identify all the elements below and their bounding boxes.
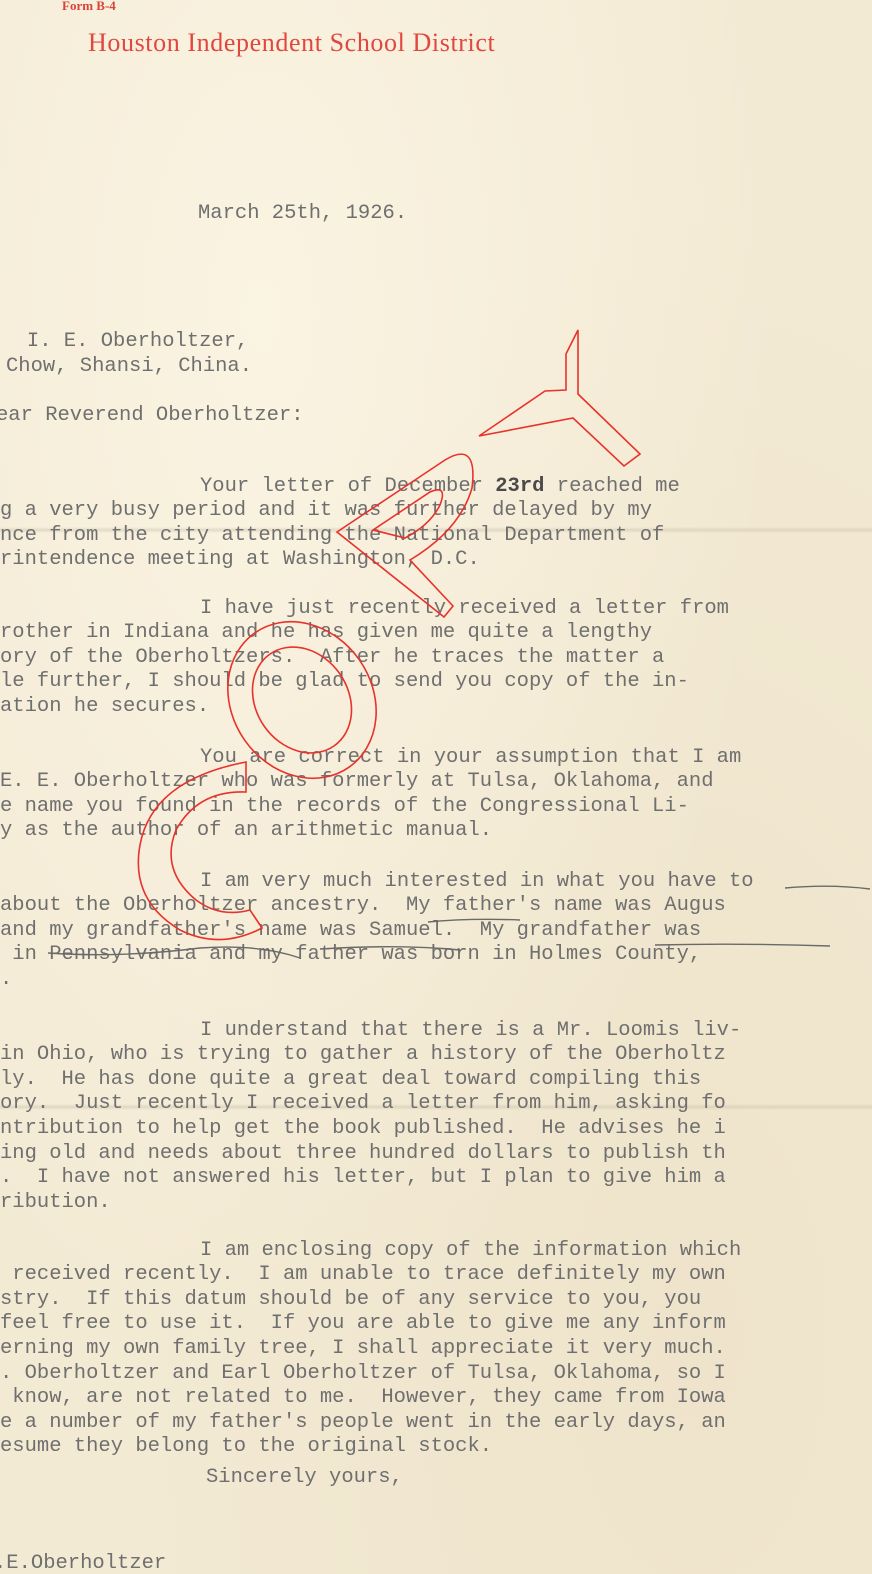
salutation: ear Reverend Oberholtzer:	[0, 404, 304, 429]
recipient-line-1: I. E. Oberholtzer,	[0, 330, 248, 355]
paragraph-line: stry. If this datum should be of any ser…	[0, 1288, 741, 1313]
signature: .E.Oberholtzer	[0, 1552, 166, 1574]
form-number: Form B-4	[62, 0, 116, 14]
paragraph-line: g a very busy period and it was further …	[0, 499, 680, 524]
paragraph-line: .	[0, 968, 754, 993]
paragraph-line: rintendence meeting at Washington, D.C.	[0, 548, 680, 573]
letter-date: March 25th, 1926.	[198, 202, 407, 227]
letterhead-organization: Houston Independent School District	[88, 28, 495, 58]
paragraph-line: ly. He has done quite a great deal towar…	[0, 1068, 741, 1093]
paragraph-line: I understand that there is a Mr. Loomis …	[0, 1019, 741, 1044]
paragraph-line: E. E. Oberholtzer who was formerly at Tu…	[0, 770, 741, 795]
paragraph-line: and my grandfather's name was Samuel. My…	[0, 919, 754, 944]
paragraph-line: about the Oberholtzer ancestry. My fathe…	[0, 894, 754, 919]
paragraph-line: ribution.	[0, 1191, 741, 1216]
paragraph-line: know, are not related to me. However, th…	[0, 1386, 741, 1411]
paragraph-line: I am very much interested in what you ha…	[0, 870, 754, 895]
paragraph-line: y as the author of an arithmetic manual.	[0, 819, 741, 844]
paragraph-line: . Oberholtzer and Earl Oberholtzer of Tu…	[0, 1362, 741, 1387]
paragraph-line: ing old and needs about three hundred do…	[0, 1142, 741, 1167]
letter-page: Form B-4 Houston Independent School Dist…	[0, 0, 872, 1574]
paragraph-line: ation he secures.	[0, 695, 729, 720]
paragraph-line: received recently. I am unable to trace …	[0, 1263, 741, 1288]
paragraph-line: le further, I should be glad to send you…	[0, 670, 729, 695]
paragraph-line: in Pennsylvania and my father was born i…	[0, 943, 754, 968]
paragraph-line: erning my own family tree, I shall appre…	[0, 1337, 741, 1362]
paragraph-line: e a number of my father's people went in…	[0, 1411, 741, 1436]
paragraph-line: I have just recently received a letter f…	[0, 597, 729, 622]
closing: Sincerely yours,	[206, 1466, 403, 1491]
paragraph-line: I am enclosing copy of the information w…	[0, 1239, 741, 1264]
paragraph-line: . I have not answered his letter, but I …	[0, 1166, 741, 1191]
paragraph-line: in Ohio, who is trying to gather a histo…	[0, 1043, 741, 1068]
paragraph-line: esume they belong to the original stock.	[0, 1435, 741, 1460]
paragraph-line: e name you found in the records of the C…	[0, 795, 741, 820]
paragraph-line: feel free to use it. If you are able to …	[0, 1312, 741, 1337]
paragraph-line: ory. Just recently I received a letter f…	[0, 1092, 741, 1117]
paragraph-line: ntribution to help get the book publishe…	[0, 1117, 741, 1142]
paragraph-line: rother in Indiana and he has given me qu…	[0, 621, 729, 646]
paragraph-line: ory of the Oberholtzers. After he traces…	[0, 646, 729, 671]
paragraph-line: You are correct in your assumption that …	[0, 746, 741, 771]
recipient-line-2: Chow, Shansi, China.	[6, 355, 252, 380]
paragraph-line: nce from the city attending the National…	[0, 524, 680, 549]
paragraph-6: I am enclosing copy of the information w…	[0, 1214, 741, 1509]
